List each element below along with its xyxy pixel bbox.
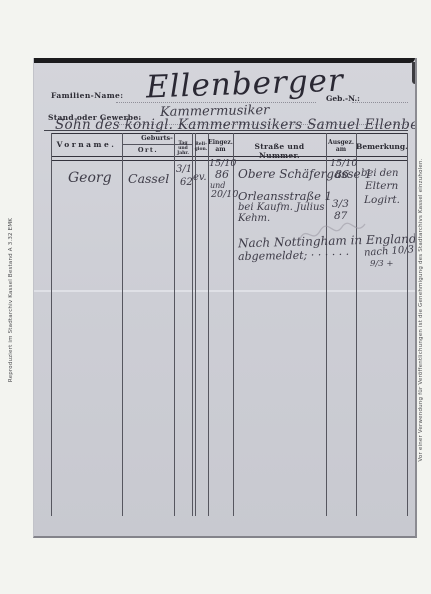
column-line (195, 133, 196, 516)
header-tag-und-jahr: Tag und Jahr. (174, 142, 192, 157)
cell-address-2-line3: Kehm. (238, 213, 270, 224)
cell-bemerkung-line1: bei den (361, 168, 398, 179)
cell-address-2-line2: bei Kaufm. Julius (238, 202, 325, 213)
family-name-value: Ellenberger (145, 63, 344, 106)
column-line (51, 133, 52, 516)
document-top-edge (34, 58, 415, 63)
archive-stamp-right: Vor einer Verwendung für Veröffentlichun… (418, 158, 424, 461)
cell-geburtsjahr: 62 (180, 177, 193, 188)
column-line (122, 133, 123, 516)
cell-vorname: Georg (68, 170, 112, 186)
header-bemerkung: Bemerkung. (356, 143, 407, 152)
registration-card: Familien-Name: Ellenberger Geb.-N.: Kamm… (33, 58, 417, 538)
cell-address-1: Obere Schäfergasse 1 (238, 167, 372, 181)
cell-address-2: Orleansstraße 1 (238, 189, 332, 203)
cell-eingezogen-date2: 20/10 (211, 189, 238, 200)
header-religion: Reli- gion. (194, 143, 208, 153)
cell-bemerkung-line3: Logirt. (364, 194, 400, 206)
header-strasse-und-nummer: Straße und Nummer. (233, 143, 326, 160)
cell-bemerkung-line2: Eltern (365, 180, 398, 192)
paper-crease (34, 290, 415, 292)
scanned-page: Reproduziert im Stadtarchiv Kassel Besta… (0, 0, 431, 594)
cell-eingezogen-year: 86 (215, 168, 229, 181)
writing-line (44, 130, 408, 131)
table-top-rule (51, 133, 408, 134)
column-line (208, 133, 209, 516)
cell-geburtsort: Cassel (128, 171, 169, 186)
pencil-scribble (296, 219, 368, 249)
header-ausgezogen-am: Ausgez. am (326, 140, 356, 154)
dotted-rule-gebnr (352, 102, 408, 103)
header-eingezogen-am: Eingez. am (208, 140, 233, 154)
family-name-label: Familien-Name: (51, 91, 123, 100)
cell-religion: ev. (193, 172, 207, 183)
geb-nr-label: Geb.-N.: (326, 94, 360, 103)
header-ort: Ort. (122, 147, 174, 154)
column-line (407, 133, 408, 516)
column-line (174, 133, 175, 516)
archive-stamp-left: Reproduziert im Stadtarchiv Kassel Besta… (8, 218, 14, 382)
cell-ausgezogen-year1: 86 (335, 168, 349, 181)
document-right-edge (412, 62, 415, 84)
note-abmeldung-line2: abgemeldet; · · · · · · (238, 248, 349, 263)
header-vorname: Vorname. (51, 141, 122, 150)
column-line (356, 133, 357, 516)
cell-geburtstag: 3/1 (176, 164, 192, 175)
column-line (192, 133, 193, 516)
note-abmeldung-date2: 9/3 + (370, 259, 394, 269)
cell-ausgezogen-date2: 3/3 (332, 198, 349, 210)
